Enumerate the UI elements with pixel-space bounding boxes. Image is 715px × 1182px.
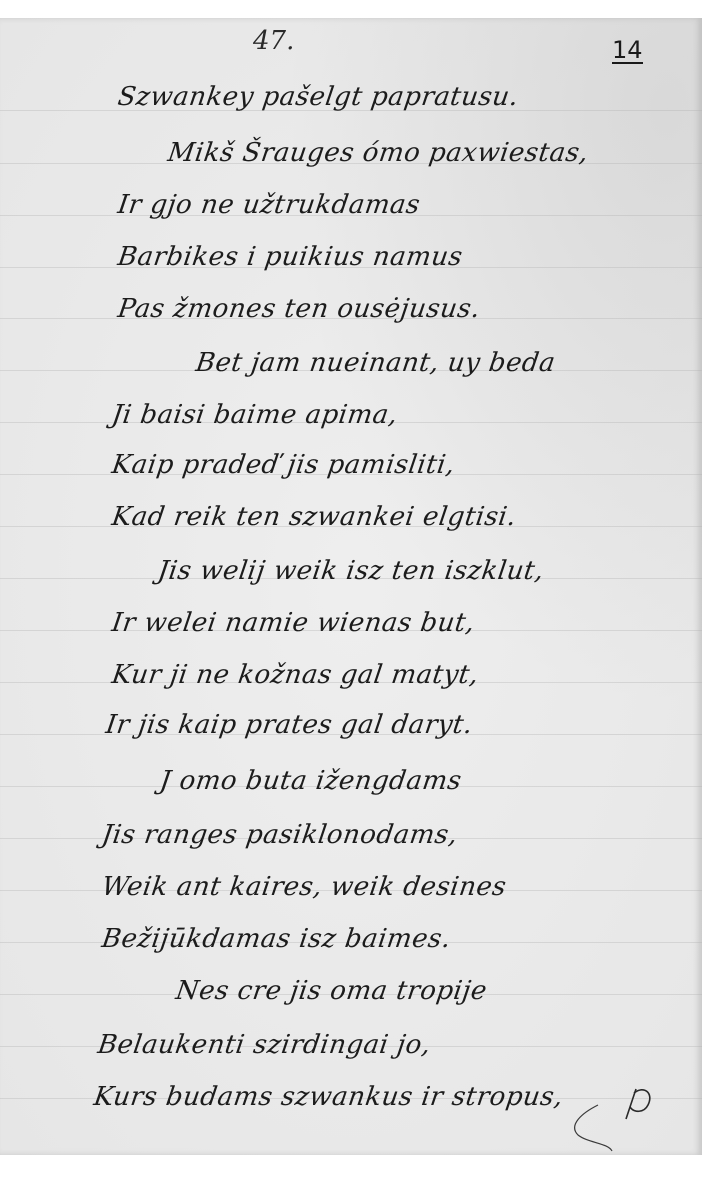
poem-line: Jis ranges pasiklonodams, <box>100 820 460 850</box>
page-number-right: 14 <box>612 38 643 64</box>
poem-line: Ir jis kaip prates gal daryt. <box>104 710 475 740</box>
page-number-center: 47. <box>253 26 294 56</box>
poem-line: Belaukenti szirdingai jo, <box>96 1030 433 1060</box>
poem-line: Bežijūkdamas isz baimes. <box>100 924 453 954</box>
poem-line: Ir welei namie wienas but, <box>110 608 477 638</box>
poem-line: Barbikes i puikius namus <box>116 242 465 272</box>
poem-line: Kur ji ne kožnas gal matyt, <box>110 660 481 690</box>
poem-line: Pas žmones ten ousėjusus. <box>116 294 482 324</box>
poem-line: Mikš Šrauges ómo paxwiestas, <box>166 138 591 168</box>
poem-line: Ji baisi baime apima, <box>110 400 400 430</box>
poem-line: Kaip pradeď jis pamisliti, <box>110 450 457 480</box>
poem-line: Nes cre jis oma tropije <box>174 976 489 1006</box>
poem-line: Weik ant kaires, weik desines <box>100 872 508 902</box>
poem-line: Bet jam nueinant, uy beda <box>194 348 557 378</box>
poem-line: J omo buta ižengdams <box>158 766 464 796</box>
poem-line: Kad reik ten szwankei elgtisi. <box>110 502 518 532</box>
poem-line: Kurs budams szwankus ir stropus, <box>92 1082 565 1112</box>
signature-flourish-icon <box>568 1085 658 1155</box>
poem-title: Szwankey pašelgt papratusu. <box>116 82 521 112</box>
poem-line: Ir gjo ne užtrukdamas <box>116 190 422 220</box>
poem-line: Jis welij weik isz ten iszklut, <box>156 556 546 586</box>
